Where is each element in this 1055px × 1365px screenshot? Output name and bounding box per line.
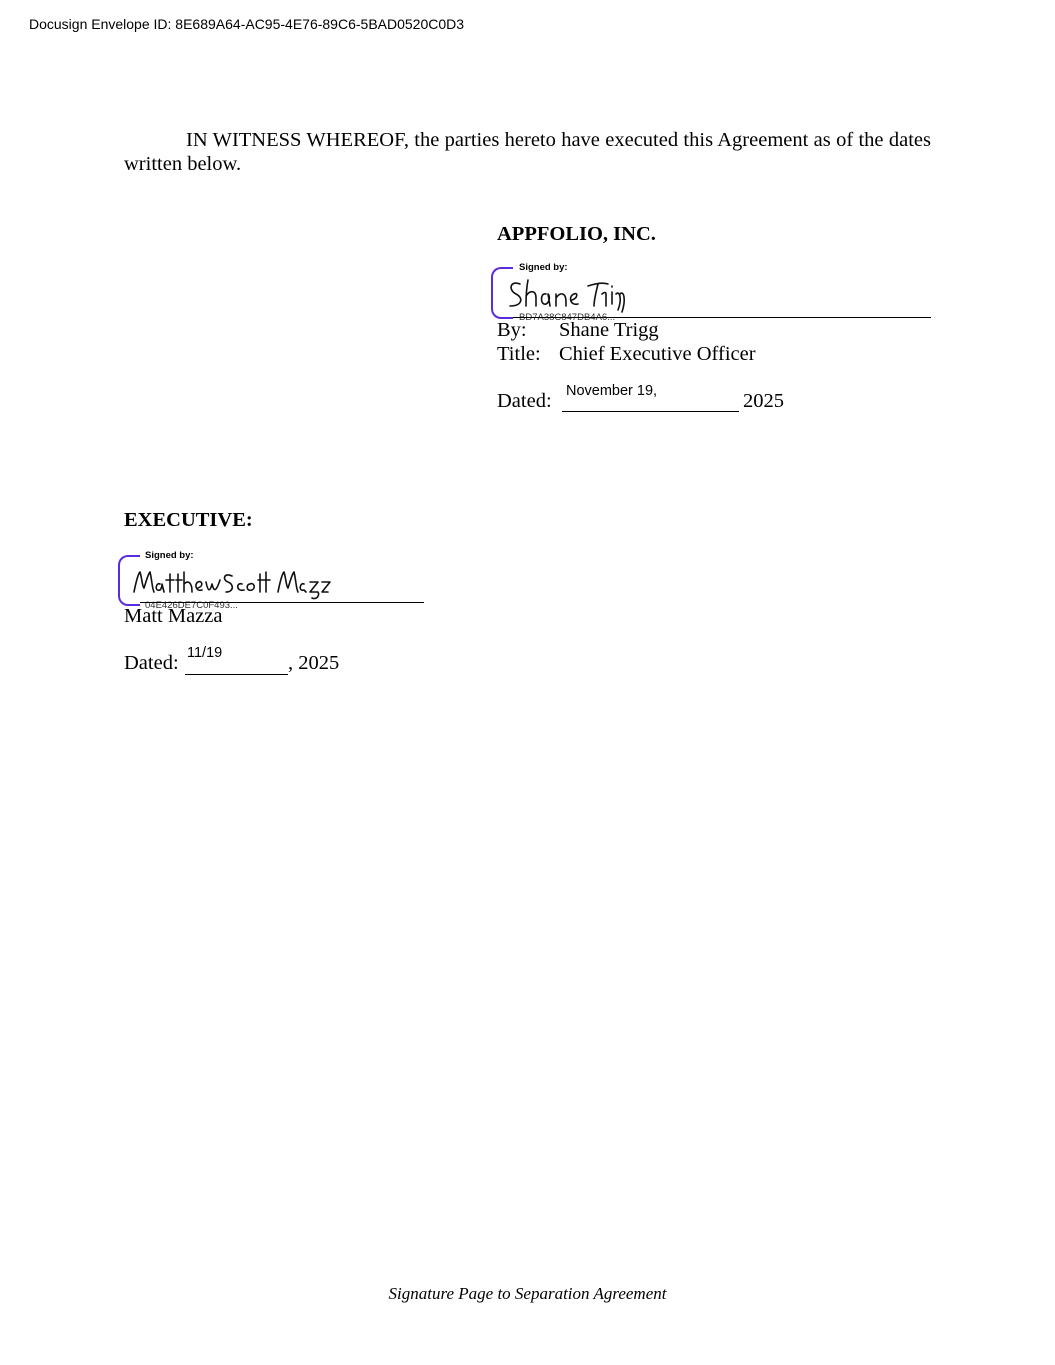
company-signature-image: Shane Trigg (506, 276, 626, 316)
by-value: Shane Trigg (559, 319, 659, 342)
company-heading: APPFOLIO, INC. (497, 223, 656, 246)
by-label: By: (497, 319, 527, 342)
signed-by-label: Signed by: (519, 262, 568, 273)
executive-dated-blank (185, 674, 288, 675)
company-dated-label: Dated: (497, 390, 552, 413)
executive-signature-image: Matthew Scott Mazza (132, 568, 332, 600)
signature-line (513, 317, 931, 318)
executive-dated-year: , 2025 (288, 652, 339, 675)
witness-paragraph: IN WITNESS WHEREOF, the parties hereto h… (124, 128, 931, 176)
signature-line (140, 602, 424, 603)
company-dated-year: 2025 (743, 390, 784, 413)
witness-text: IN WITNESS WHEREOF, the parties hereto h… (124, 129, 931, 175)
executive-name: Matt Mazza (124, 605, 222, 628)
title-label: Title: (497, 343, 541, 366)
page-footer: Signature Page to Separation Agreement (0, 1284, 1055, 1304)
title-value: Chief Executive Officer (559, 343, 756, 366)
company-dated-value[interactable]: November 19, (566, 383, 657, 399)
executive-heading: EXECUTIVE: (124, 509, 253, 532)
envelope-id: Docusign Envelope ID: 8E689A64-AC95-4E76… (29, 16, 464, 32)
company-dated-blank (562, 411, 739, 412)
signed-by-label: Signed by: (145, 550, 194, 561)
executive-dated-value[interactable]: 11/19 (187, 645, 222, 661)
executive-dated-label: Dated: (124, 652, 179, 675)
